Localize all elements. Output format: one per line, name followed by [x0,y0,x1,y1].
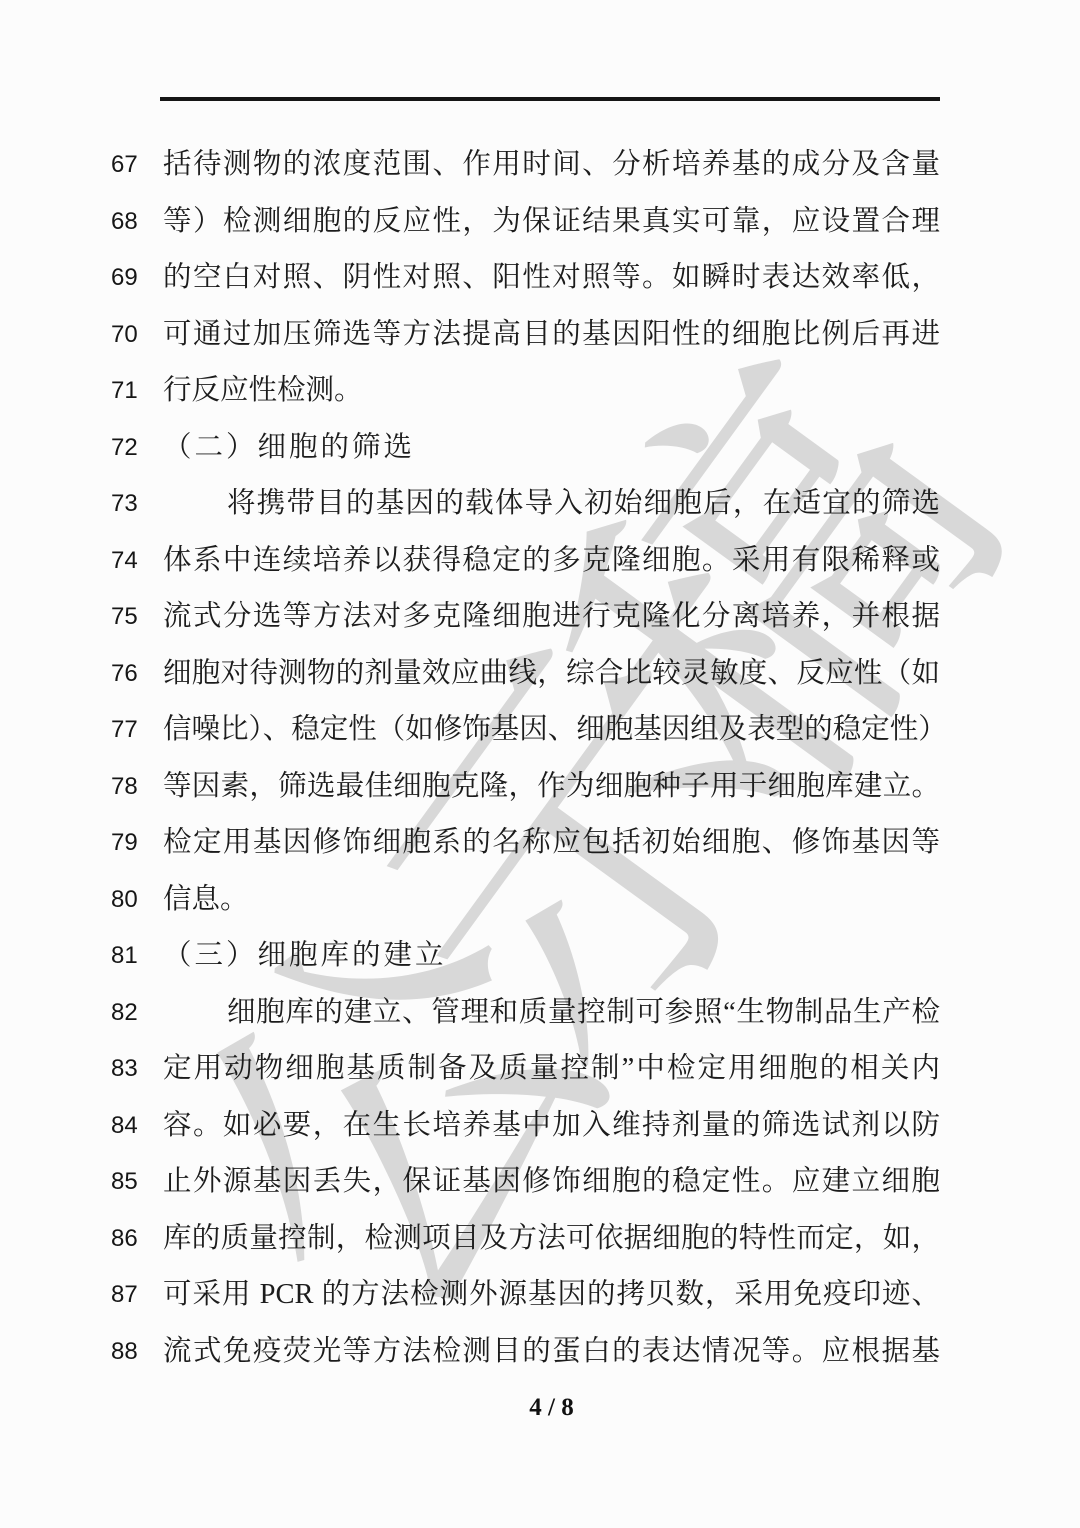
line-text: 容。如必要，在生长培养基中加入维持剂量的筛选试剂以防 [163,1112,940,1141]
line-text: 等）检测细胞的反应性，为保证结果真实可靠，应设置合理 [163,208,940,237]
line-number: 78 [111,775,138,799]
line-row: 82 细胞库的建立、管理和质量控制可参照“生物制品生产检 [0,985,1080,1042]
line-number: 86 [111,1227,138,1251]
line-number: 73 [111,492,138,516]
line-row: 69 的空白对照、阴性对照、阳性对照等。如瞬时表达效率低， [0,250,1080,307]
line-row: 67 括待测物的浓度范围、作用时间、分析培养基的成分及含量 [0,137,1080,194]
line-number: 70 [111,323,138,347]
line-row: 77 信噪比）、稳定性（如修饰基因、细胞基因组及表型的稳定性） [0,702,1080,759]
line-number: 87 [111,1283,138,1307]
line-row: 76 细胞对待测物的剂量效应曲线，综合比较灵敏度、反应性（如 [0,646,1080,703]
line-text: 流式免疫荧光等方法检测目的蛋白的表达情况等。应根据基 [163,1338,940,1367]
line-text: 细胞库的建立、管理和质量控制可参照“生物制品生产检 [163,999,940,1028]
lines-container: 67 括待测物的浓度范围、作用时间、分析培养基的成分及含量 68 等）检测细胞的… [0,137,1080,1380]
line-number: 81 [111,944,138,968]
line-row: 70 可通过加压筛选等方法提高目的基因阳性的细胞比例后再进 [0,307,1080,364]
line-text: 信息。 [163,886,940,915]
line-row: 87 可采用 PCR 的方法检测外源基因的拷贝数，采用免疫印迹、 [0,1267,1080,1324]
line-number: 69 [111,266,138,290]
line-row: 75 流式分选等方法对多克隆细胞进行克隆化分离培养，并根据 [0,589,1080,646]
line-number: 76 [111,662,138,686]
line-number: 67 [111,153,138,177]
line-text: 可采用 PCR 的方法检测外源基因的拷贝数，采用免疫印迹、 [163,1281,940,1310]
line-text: 细胞对待测物的剂量效应曲线，综合比较灵敏度、反应性（如 [163,660,940,689]
line-number: 82 [111,1001,138,1025]
line-text: （二）细胞的筛选 [163,434,940,463]
line-text: 信噪比）、稳定性（如修饰基因、细胞基因组及表型的稳定性） [163,716,940,745]
line-text: 流式分选等方法对多克隆细胞进行克隆化分离培养，并根据 [163,603,940,632]
line-number: 79 [111,831,138,855]
line-text: 可通过加压筛选等方法提高目的基因阳性的细胞比例后再进 [163,321,940,350]
line-text: 定用动物细胞基质制备及质量控制”中检定用细胞的相关内 [163,1055,940,1084]
line-number: 75 [111,605,138,629]
line-row: 81 （三）细胞库的建立 [0,928,1080,985]
line-text: 行反应性检测。 [163,377,940,406]
line-row: 79 检定用基因修饰细胞系的名称应包括初始细胞、修饰基因等 [0,815,1080,872]
line-row: 88 流式免疫荧光等方法检测目的蛋白的表达情况等。应根据基 [0,1324,1080,1381]
line-text: 止外源基因丢失，保证基因修饰细胞的稳定性。应建立细胞 [163,1168,940,1197]
line-number: 83 [111,1057,138,1081]
line-row: 72 （二）细胞的筛选 [0,420,1080,477]
line-text: 等因素，筛选最佳细胞克隆，作为细胞种子用于细胞库建立。 [163,773,940,802]
page-footer: 4 / 8 [163,1394,940,1422]
line-row: 84 容。如必要，在生长培养基中加入维持剂量的筛选试剂以防 [0,1098,1080,1155]
line-text: 的空白对照、阴性对照、阳性对照等。如瞬时表达效率低， [163,264,940,293]
line-number: 88 [111,1340,138,1364]
line-text: 括待测物的浓度范围、作用时间、分析培养基的成分及含量 [163,151,940,180]
line-row: 74 体系中连续培养以获得稳定的多克隆细胞。采用有限稀释或 [0,533,1080,590]
header-rule [160,97,940,101]
line-number: 71 [111,379,138,403]
line-row: 78 等因素，筛选最佳细胞克隆，作为细胞种子用于细胞库建立。 [0,759,1080,816]
line-number: 68 [111,210,138,234]
line-row: 80 信息。 [0,872,1080,929]
line-number: 84 [111,1114,138,1138]
line-row: 73 将携带目的基因的载体导入初始细胞后，在适宜的筛选 [0,476,1080,533]
line-text: （三）细胞库的建立 [163,942,940,971]
document-page: 公示稿 67 括待测物的浓度范围、作用时间、分析培养基的成分及含量 68 等）检… [0,0,1080,1528]
line-number: 80 [111,888,138,912]
line-row: 86 库的质量控制，检测项目及方法可依据细胞的特性而定，如， [0,1211,1080,1268]
line-text: 检定用基因修饰细胞系的名称应包括初始细胞、修饰基因等 [163,829,940,858]
line-row: 68 等）检测细胞的反应性，为保证结果真实可靠，应设置合理 [0,194,1080,251]
line-row: 85 止外源基因丢失，保证基因修饰细胞的稳定性。应建立细胞 [0,1154,1080,1211]
line-text: 体系中连续培养以获得稳定的多克隆细胞。采用有限稀释或 [163,547,940,576]
line-number: 72 [111,436,138,460]
line-text: 将携带目的基因的载体导入初始细胞后，在适宜的筛选 [163,490,940,519]
line-number: 77 [111,718,138,742]
line-number: 85 [111,1170,138,1194]
line-number: 74 [111,549,138,573]
line-text: 库的质量控制，检测项目及方法可依据细胞的特性而定，如， [163,1225,940,1254]
line-row: 83 定用动物细胞基质制备及质量控制”中检定用细胞的相关内 [0,1041,1080,1098]
line-row: 71 行反应性检测。 [0,363,1080,420]
page-number: 4 / 8 [529,1394,573,1421]
